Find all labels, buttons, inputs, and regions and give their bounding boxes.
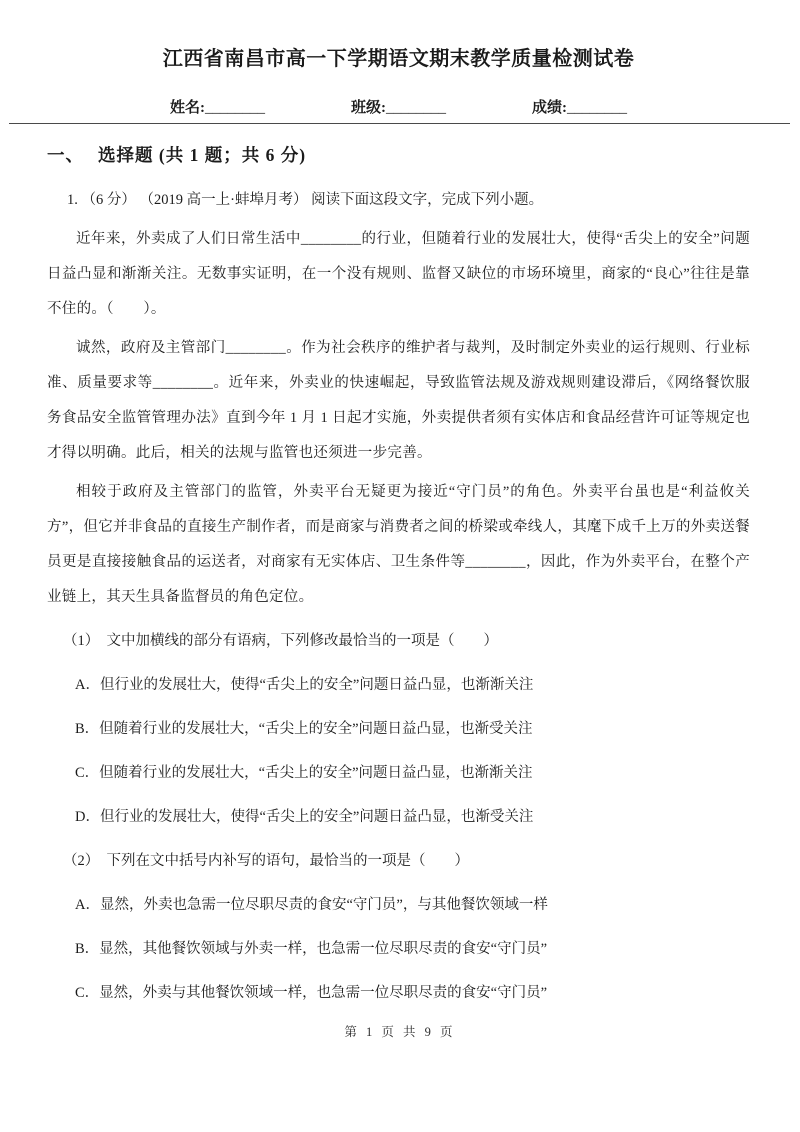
subquestion-2-prompt: （2） 下列在文中括号内补写的语句，最恰当的一项是（ ） (47, 843, 750, 879)
section-title: 选择题 (共 1 题；共 6 分) (98, 145, 306, 165)
exam-document-page: 江西省南昌市高一下学期语文期末教学质量检测试卷 姓名:________ 班级:_… (0, 0, 800, 1132)
score-field: 成绩:________ (532, 98, 627, 118)
class-field-blank: ________ (386, 100, 446, 116)
subquestion-1-prompt: （1） 文中加横线的部分有语病，下列修改最恰当的一项是（ ） (47, 623, 750, 659)
subquestion-2-option-a: A．显然，外卖也急需一位尽职尽责的食安“守门员”，与其他餐饮领域一样 (47, 887, 750, 923)
page-title: 江西省南昌市高一下学期语文期末教学质量检测试卷 (47, 0, 750, 72)
student-info-row: 姓名:________ 班级:________ 成绩:________ (47, 98, 750, 118)
passage-paragraph-2: 诚然，政府及主管部门________。作为社会秩序的维护者与裁判，及时制定外卖业… (47, 331, 750, 471)
section-heading: 一、选择题 (共 1 题；共 6 分) (47, 142, 750, 168)
class-field: 班级:________ (351, 98, 446, 118)
subquestion-1-option-b: B．但随着行业的发展壮大，“舌尖上的安全”问题日益凸显，也渐受关注 (47, 711, 750, 747)
subquestion-2-option-c: C．显然，外卖与其他餐饮领域一样，也急需一位尽职尽责的食安“守门员” (47, 975, 750, 1011)
name-field-label: 姓名: (170, 100, 205, 116)
name-field: 姓名:________ (170, 98, 265, 118)
subquestion-1-option-c: C．但随着行业的发展壮大，“舌尖上的安全”问题日益凸显，也渐渐关注 (47, 755, 750, 791)
score-field-blank: ________ (567, 100, 627, 116)
subquestion-1-option-d: D．但行业的发展壮大，使得“舌尖上的安全”问题日益凸显，也渐受关注 (47, 799, 750, 835)
passage-paragraph-3: 相较于政府及主管部门的监管，外卖平台无疑更为接近“守门员”的角色。外卖平台虽也是… (47, 475, 750, 615)
subquestion-1-option-a: A．但行业的发展壮大，使得“舌尖上的安全”问题日益凸显，也渐渐关注 (47, 667, 750, 703)
subquestion-2-option-b: B．显然，其他餐饮领域与外卖一样，也急需一位尽职尽责的食安“守门员” (47, 931, 750, 967)
question-1-intro: 1. （6 分） （2019 高一上·蚌埠月考） 阅读下面这段文字，完成下列小题… (47, 182, 750, 218)
score-field-label: 成绩: (532, 100, 567, 116)
section-number: 一、 (47, 145, 84, 165)
page-number-indicator: 第 1 页 共 9 页 (0, 1022, 800, 1040)
passage-paragraph-1: 近年来，外卖成了人们日常生活中________的行业，但随着行业的发展壮大，使得… (47, 222, 750, 327)
header-divider (9, 123, 790, 124)
class-field-label: 班级: (351, 100, 386, 116)
name-field-blank: ________ (205, 100, 265, 116)
